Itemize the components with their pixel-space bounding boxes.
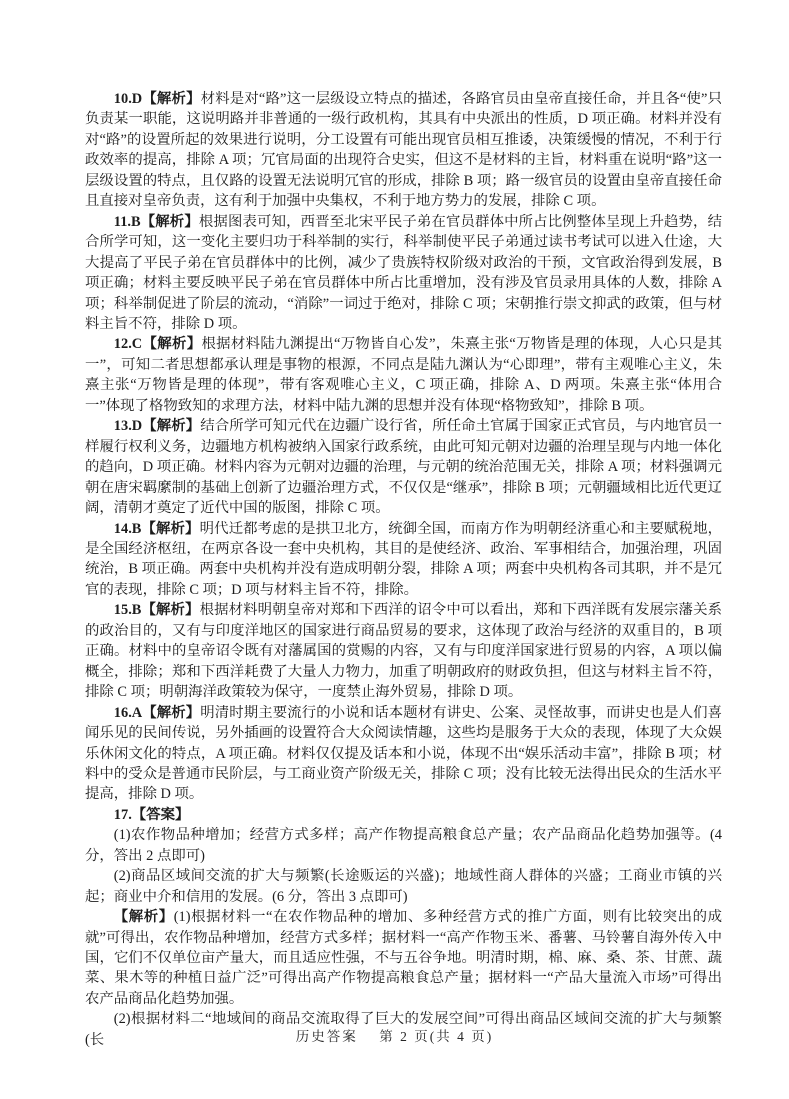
analysis-tag: 【解析】 [142,91,200,107]
answer-item-17-header: 17.【答案】 [85,805,722,825]
answer-17-point-1: (1)农作物品种增加；经营方式多样；高产作物提高粮食总产量；农产品商品化趋势加强… [85,825,722,866]
analysis-tag: 【解析】 [114,909,174,925]
question-number: 14.B [114,521,142,537]
footer-page-indicator: 第 2 页(共 4 页) [379,1029,493,1044]
answer-17-point-2: (2)商品区域间交流的扩大与频繁(长途贩运的兴盛)；地域性商人群体的兴盛；工商业… [85,866,722,907]
analysis-text: (1)根据材料一“在农作物品种的增加、多种经营方式的推广方面，则有比较突出的成就… [85,909,722,1007]
answer-item-15: 15.B【解析】根据材料明朝皇帝对郑和下西洋的诏令中可以看出，郑和下西洋既有发展… [85,600,722,702]
answer-key-content: 10.D【解析】材料是对“路”这一层级设立特点的描述，各路官员由皇帝直接任命，并… [85,89,722,1050]
question-number: 13.D [114,418,142,434]
answer-explanation: 根据图表可知，西晋至北宋平民子弟在官员群体中所占比例整体呈现上升趋势，结合所学可… [85,214,722,332]
answer-explanation: 材料是对“路”这一层级设立特点的描述，各路官员由皇帝直接任命，并且各“使”只负责… [85,91,722,209]
answer-item-13: 13.D【解析】结合所学可知元代在边疆广设行省，所任命土官属于国家正式官员，与内… [85,416,722,518]
question-number: 15.B [114,602,142,618]
answer-item-16: 16.A【解析】明清时期主要流行的小说和话本题材有讲史、公案、灵怪故事，而讲史也… [85,703,722,805]
answer-label-17: 17.【答案】 [114,807,190,823]
question-number: 17. [114,807,132,823]
analysis-tag: 【解析】 [142,336,201,352]
answer-label-12: 12.C【解析】 [114,336,202,352]
answer-label-10: 10.D【解析】 [114,91,201,107]
answer-item-14: 14.B【解析】明代迁都考虑的是拱卫北方，统御全国，而南方作为明朝经济重心和主要… [85,519,722,601]
question-number: 10.D [114,91,142,107]
answer-item-11: 11.B【解析】根据图表可知，西晋至北宋平民子弟在官员群体中所占比例整体呈现上升… [85,212,722,335]
question-number: 11.B [114,214,141,230]
analysis-tag: 【解析】 [141,521,199,537]
answer-label-14: 14.B【解析】 [114,521,200,537]
page-footer: 历史答案第 2 页(共 4 页) [0,1025,789,1045]
analysis-tag: 【解析】 [142,705,200,721]
analysis-tag: 【解析】 [141,602,199,618]
answer-tag: 【答案】 [132,807,190,823]
answer-label-13: 13.D【解析】 [114,418,200,434]
question-number: 16.A [114,705,142,721]
answer-item-10: 10.D【解析】材料是对“路”这一层级设立特点的描述，各路官员由皇帝直接任命，并… [85,89,722,212]
answer-item-12: 12.C【解析】根据材料陆九渊提出“万物皆自心发”，朱熹主张“万物皆是理的体现，… [85,334,722,416]
answer-label-16: 16.A【解析】 [114,705,200,721]
analysis-tag: 【解析】 [141,214,199,230]
question-number: 12.C [114,336,142,352]
answer-17-analysis-1: 【解析】(1)根据材料一“在农作物品种的增加、多种经营方式的推广方面，则有比较突… [85,907,722,1009]
answer-label-15: 15.B【解析】 [114,602,200,618]
answer-label-11: 11.B【解析】 [114,214,199,230]
analysis-tag: 【解析】 [142,418,200,434]
footer-doc-title: 历史答案 [296,1029,358,1044]
